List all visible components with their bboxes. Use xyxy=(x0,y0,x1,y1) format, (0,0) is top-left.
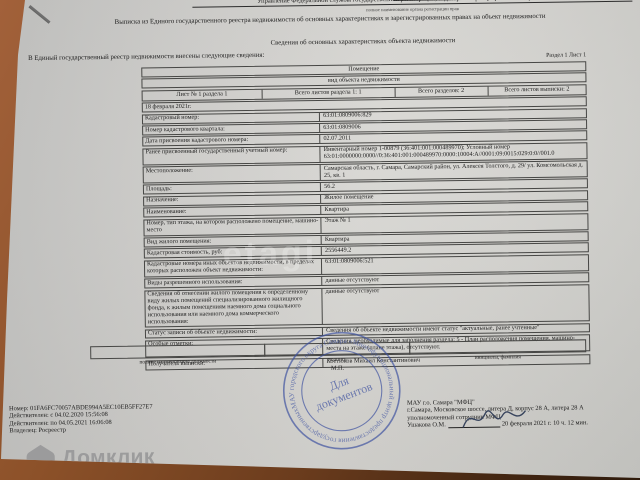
row-label: Наименование: xyxy=(144,206,321,216)
table-row: Сведения об отнесении жилого помещения к… xyxy=(144,284,589,328)
intro-text: В Единый государственный реестр недвижим… xyxy=(28,52,264,62)
row-value: Этаж № 1 xyxy=(322,214,588,233)
sheet-cell: Всего листов раздела 1: 1 xyxy=(262,88,395,99)
signature-col-name: инициалы, фамилия xyxy=(409,339,586,370)
row-value: Самарская область, г. Самара, Самарский … xyxy=(321,161,587,180)
domklik-watermark-text: Домклик xyxy=(62,445,155,470)
row-label: Кадастровый номер: xyxy=(143,113,320,123)
esignature-info: Номер: 01FA6FC70057ABDE994A5EC10EB5FF27E… xyxy=(9,403,153,434)
row-value: 63:01:0809006 xyxy=(320,120,586,132)
round-stamp-icon: МАУ городского округа Самара «Многофункц… xyxy=(278,327,406,455)
paper-sheet: Управление Федеральной службы государств… xyxy=(0,0,640,480)
sheet-cell: Всего разделов: 2 xyxy=(395,86,488,96)
row-value: 56.2 xyxy=(321,180,587,192)
row-value: Квартира xyxy=(321,203,587,215)
esign-owner: Владелец: Росреестр xyxy=(9,425,153,434)
row-label: Ранее присвоенный государственный учетны… xyxy=(143,147,320,164)
signature-col-position: полное наименование должности xyxy=(90,344,265,375)
document-content: Управление Федеральной службы государств… xyxy=(0,0,640,480)
signature-box xyxy=(409,339,586,354)
row-value: 63:01:0809006:521 xyxy=(322,255,588,274)
domklik-house-icon xyxy=(25,444,55,474)
signature-caption: полное наименование должности xyxy=(90,358,265,366)
section-sheet-label: Раздел 1 Лист 1 xyxy=(438,52,586,60)
row-value: 63:01:0809006:829 xyxy=(320,109,586,121)
row-label: Номер кадастрового квартала: xyxy=(143,124,320,134)
pen-edge xyxy=(29,5,50,23)
row-value: данные отсутствуют xyxy=(323,285,589,324)
row-label: Площадь: xyxy=(144,183,321,193)
document-photo: { "page": { "brand_watermark": "Домклик"… xyxy=(0,0,640,480)
sheet-cell: Лист № 1 раздела 1 xyxy=(143,90,263,101)
row-value: 2556449.2 xyxy=(322,244,588,256)
issuer-person: Ушакова О.М. xyxy=(407,421,446,429)
row-value: Инвентарный номер 1-00879 (36:401:001:00… xyxy=(321,143,587,162)
section-title: Сведения об основных характеристиках объ… xyxy=(88,35,638,50)
row-value: 02.07.2011 xyxy=(320,132,586,144)
row-label: Местоположение: xyxy=(144,165,321,182)
document-title: Выписка из Единого государственного реес… xyxy=(58,12,603,28)
row-label: Назначение: xyxy=(144,195,321,205)
signature-box xyxy=(90,344,265,359)
row-value: Жилое помещение xyxy=(321,191,587,203)
row-label: Виды разрешенного использования: xyxy=(145,277,322,287)
handwritten-signature xyxy=(459,404,529,433)
row-value: данные отсутствуют xyxy=(322,273,588,285)
sheet-cell: Всего листов выписки: 2 xyxy=(488,85,586,95)
row-label: Сведения об отнесении жилого помещения к… xyxy=(145,289,323,327)
row-label: Номер, тип этажа, на котором расположено… xyxy=(144,218,321,235)
photo-watermark: etagi xyxy=(223,234,318,274)
domklik-watermark: Домклик xyxy=(25,442,154,474)
row-label: Дата присвоения кадастрового номера: xyxy=(143,135,320,145)
object-characteristics-table: Помещение вид объекта недвижимости Лист … xyxy=(141,61,590,371)
row-value: Квартира xyxy=(322,232,588,244)
signature-caption: инициалы, фамилия xyxy=(409,353,586,361)
